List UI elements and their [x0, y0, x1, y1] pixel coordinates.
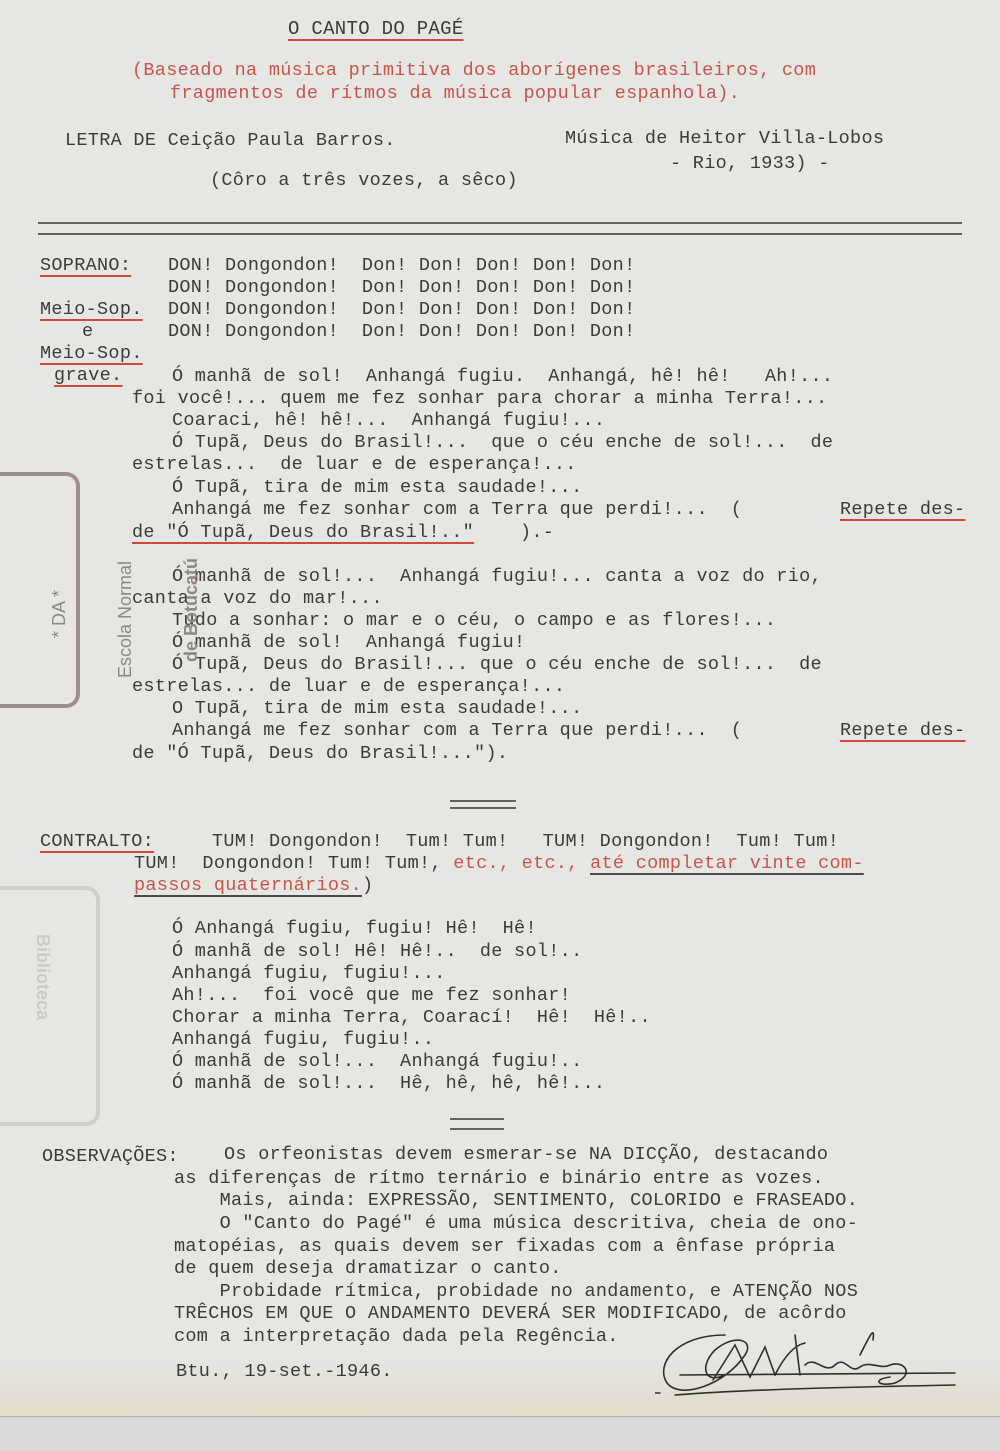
obs-line: Mais, ainda: EXPRESSÃO, SENTIMENTO, COLO… [174, 1190, 858, 1212]
verse-line: Ó manhã de sol! Anhangá fugiu. Anhangá, … [172, 366, 833, 388]
label-meio-sop-2: Meio-Sop. [40, 343, 143, 365]
verse-line: Ó manhã de sol!... Hê, hê, hê, hê!... [172, 1073, 605, 1095]
contralto-line-1: TUM! Dongondon! Tum! Tum! TUM! Dongondon… [212, 831, 839, 853]
library-stamp: * DA * Escola Normal de Botucatú [0, 472, 80, 708]
don-line: DON! Dongondon! Don! Don! Don! Don! Don! [168, 277, 635, 299]
obs-line: TRÊCHOS EM QUE O ANDAMENTO DEVERÁ SER MO… [174, 1303, 847, 1325]
obs-line: matopéias, as quais devem ser fixadas co… [174, 1236, 835, 1258]
stamp-line: de Botucatú [180, 478, 202, 698]
label-observations: OBSERVAÇÕES: [42, 1146, 179, 1168]
don-line: DON! Dongondon! Don! Don! Don! Don! Don! [168, 255, 635, 277]
contralto-line-3: passos quaternários.) [134, 875, 373, 897]
verse-line: estrelas... de luar e de esperança!... [132, 454, 577, 476]
double-rule-top [38, 222, 962, 224]
label-contralto: CONTRALTO: [40, 831, 154, 853]
music-credit-2: - Rio, 1933) - [670, 153, 830, 175]
contralto-instruction: até completar vinte com- [590, 853, 864, 874]
contralto-line-2: TUM! Dongondon! Tum! Tum!, etc., etc., a… [134, 853, 864, 875]
label-soprano: SOPRANO: [40, 255, 131, 277]
repeat-note-a: Repete des- [840, 720, 965, 742]
verse-line: Anhangá me fez sonhar com a Terra que pe… [172, 499, 742, 521]
place-date: Btu., 19-set.-1946. [176, 1361, 393, 1383]
obs-line: Os orfeonistas devem esmerar-se NA DICÇÃ… [224, 1144, 828, 1166]
repeat-note-end: ).- [520, 522, 554, 544]
contralto-etc: etc., etc., [442, 853, 590, 874]
signature-icon [655, 1325, 975, 1405]
stamp-line: * DA * [48, 478, 70, 698]
verse-line: Tudo a sonhar: o mar e o céu, o campo e … [172, 610, 776, 632]
label-e: e [82, 321, 93, 343]
separator-1a [450, 800, 516, 802]
separator-2b [450, 1128, 504, 1130]
verse-line: Ó manhã de sol!... Anhangá fugiu!.. [172, 1051, 582, 1073]
verse-line: Coaraci, hê! hê!... Anhangá fugiu!... [172, 410, 605, 432]
label-meio-sop: Meio-Sop. [40, 299, 143, 321]
verse-line: Ó manhã de sol!... Anhangá fugiu!... can… [172, 566, 822, 588]
verse-line: Ó Tupã, Deus do Brasil!... que o céu enc… [172, 432, 833, 454]
choir-note: (Côro a três vozes, a sêco) [210, 170, 518, 192]
verse-line: O Tupã, tira de mim esta saudade!... [172, 698, 582, 720]
double-rule-bottom [38, 233, 962, 235]
contralto-instruction-end: passos quaternários. [134, 875, 362, 896]
verse-line: Ah!... foi você que me fez sonhar! [172, 985, 571, 1007]
music-credit-1: Música de Heitor Villa-Lobos [565, 128, 884, 150]
verse-line: Ó manhã de sol! Hê! Hê!.. de sol!.. [172, 941, 582, 963]
obs-line: as diferenças de rítmo ternário e binári… [174, 1168, 824, 1190]
repeat-note-a: Repete des- [840, 499, 965, 521]
repeat-note-b: de "Ó Tupã, Deus do Brasil!..."). [132, 743, 508, 765]
verse-line: Anhangá fugiu, fugiu!... [172, 963, 446, 985]
don-line: DON! Dongondon! Don! Don! Don! Don! Don! [168, 321, 635, 343]
subtitle-line-1: (Baseado na música primitiva dos aboríge… [132, 60, 816, 82]
label-grave: grave. [54, 365, 122, 387]
contralto-tum: TUM! Dongondon! Tum! Tum!, [134, 853, 442, 874]
stamp-line: Biblioteca [32, 894, 54, 1114]
verse-line: Ó Anhangá fugiu, fugiu! Hê! Hê! [172, 918, 537, 940]
don-line: DON! Dongondon! Don! Don! Don! Don! Don! [168, 299, 635, 321]
separator-1b [450, 807, 516, 809]
verse-line: Anhangá fugiu, fugiu!.. [172, 1029, 434, 1051]
faded-library-stamp: Biblioteca * DA * Escola Normal [0, 886, 100, 1126]
obs-line: com a interpretação dada pela Regência. [174, 1326, 619, 1348]
closing-paren: ) [362, 875, 373, 896]
obs-line: O "Canto do Pagé" é uma música descritiv… [174, 1213, 858, 1235]
lyrics-credit: LETRA DE Ceição Paula Barros. [65, 130, 396, 152]
subtitle-line-2: fragmentos de rítmos da música popular e… [170, 83, 740, 105]
verse-line: Ó Tupã, Deus do Brasil!... que o céu enc… [172, 654, 822, 676]
verse-line: foi você!... quem me fez sonhar para cho… [132, 388, 828, 410]
obs-line: Probidade rítmica, probidade no andament… [174, 1281, 858, 1303]
verse-line: Anhangá me fez sonhar com a Terra que pe… [172, 720, 742, 742]
document-page: O CANTO DO PAGÉ (Baseado na música primi… [0, 0, 1000, 1417]
separator-2a [450, 1118, 504, 1120]
page-title: O CANTO DO PAGÉ [288, 18, 464, 40]
stamp-line: Escola Normal [114, 478, 136, 698]
obs-line: de quem deseja dramatizar o canto. [174, 1258, 562, 1280]
verse-line: Chorar a minha Terra, Coarací! Hê! Hê!.. [172, 1007, 651, 1029]
